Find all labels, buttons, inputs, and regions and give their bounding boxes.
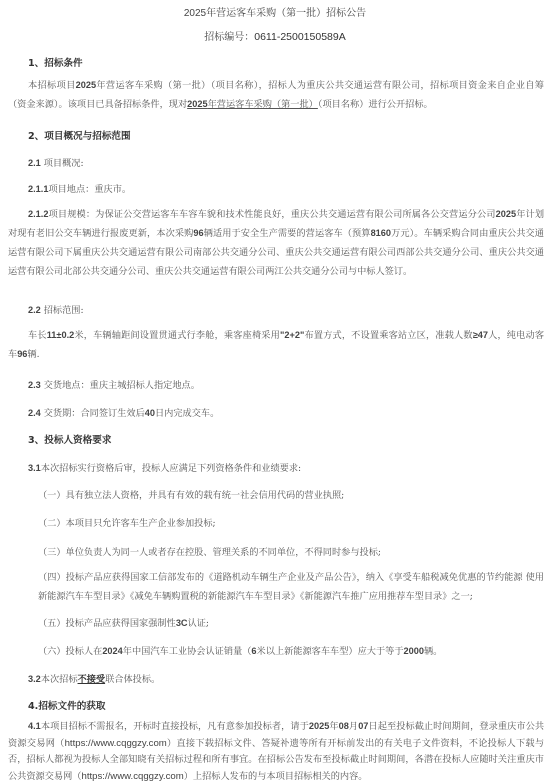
cqggzy-link[interactable]: https://www.cqggzy.com <box>82 771 184 782</box>
qualification-item-2: （二）本项目只允许客车生产企业参加投标; <box>38 515 216 529</box>
section-3-2: 3.2本次招标不接受联合体投标。 <box>28 671 160 685</box>
section-2-1: 2.1 项目概况: <box>28 155 84 169</box>
section-4-1: 4.1本项目招标不需报名，开标时直接投标，凡有意参加投标者，请于2025年08月… <box>8 718 544 782</box>
section-3-heading: 3、投标人资格要求 <box>28 432 111 446</box>
section-2-2-body: 车长11±0.2米，车辆轴距间设置贯通式行李舱，乘客座椅采用"2+2"布置方式，… <box>8 326 544 364</box>
section-4-heading: 4.招标文件的获取 <box>28 698 105 712</box>
section-1-heading: 1、招标条件 <box>28 55 83 69</box>
document-title: 2025年营运客车采购（第一批）招标公告 <box>0 4 550 19</box>
qualification-item-3: （三）单位负责人为同一人或者存在控股、管理关系的不同单位，不得同时参与投标; <box>38 544 381 558</box>
section-2-3: 2.3 交货地点：重庆主城招标人指定地点。 <box>28 377 200 391</box>
tender-code: 招标编号：0611-2500150589A <box>0 28 550 43</box>
qualification-item-6: （六）投标人在2024年中国汽车工业协会认证销量（6米以上新能源客车车型）应大于… <box>38 643 442 657</box>
qualification-item-1: （一）具有独立法人资格，并具有有效的载有统一社会信用代码的营业执照; <box>38 487 344 501</box>
section-2-4: 2.4 交货期：合同签订生效后40日内完成交车。 <box>28 405 219 419</box>
cqggzy-link[interactable]: https://www.cqggzy.com <box>65 738 167 749</box>
section-3-1: 3.1本次招标实行资格后审，投标人应满足下列资格条件和业绩要求: <box>28 460 301 474</box>
section-1-paragraph: 本招标项目2025年营运客车采购（第一批）（项目名称），招标人为重庆公共交通运营… <box>8 76 544 114</box>
section-2-1-2: 2.1.2项目规模：为保证公交营运客车车容车貌和技术性能良好，重庆公共交通运营有… <box>8 205 544 281</box>
qualification-item-5: （五）投标产品应获得国家强制性3C认证; <box>38 615 209 629</box>
not-accepted-emphasis: 不接受 <box>78 674 106 685</box>
section-2-heading: 2、项目概况与招标范围 <box>28 128 131 142</box>
section-2-1-1: 2.1.1项目地点：重庆市。 <box>28 181 131 195</box>
project-name-underlined: 2025年营运客车采购（第一批） <box>187 99 318 110</box>
qualification-item-4: （四）投标产品应获得国家工信部发布的《道路机动车辆生产企业及产品公告》，纳入《享… <box>38 568 544 606</box>
section-2-2: 2.2 招标范围: <box>28 302 84 316</box>
